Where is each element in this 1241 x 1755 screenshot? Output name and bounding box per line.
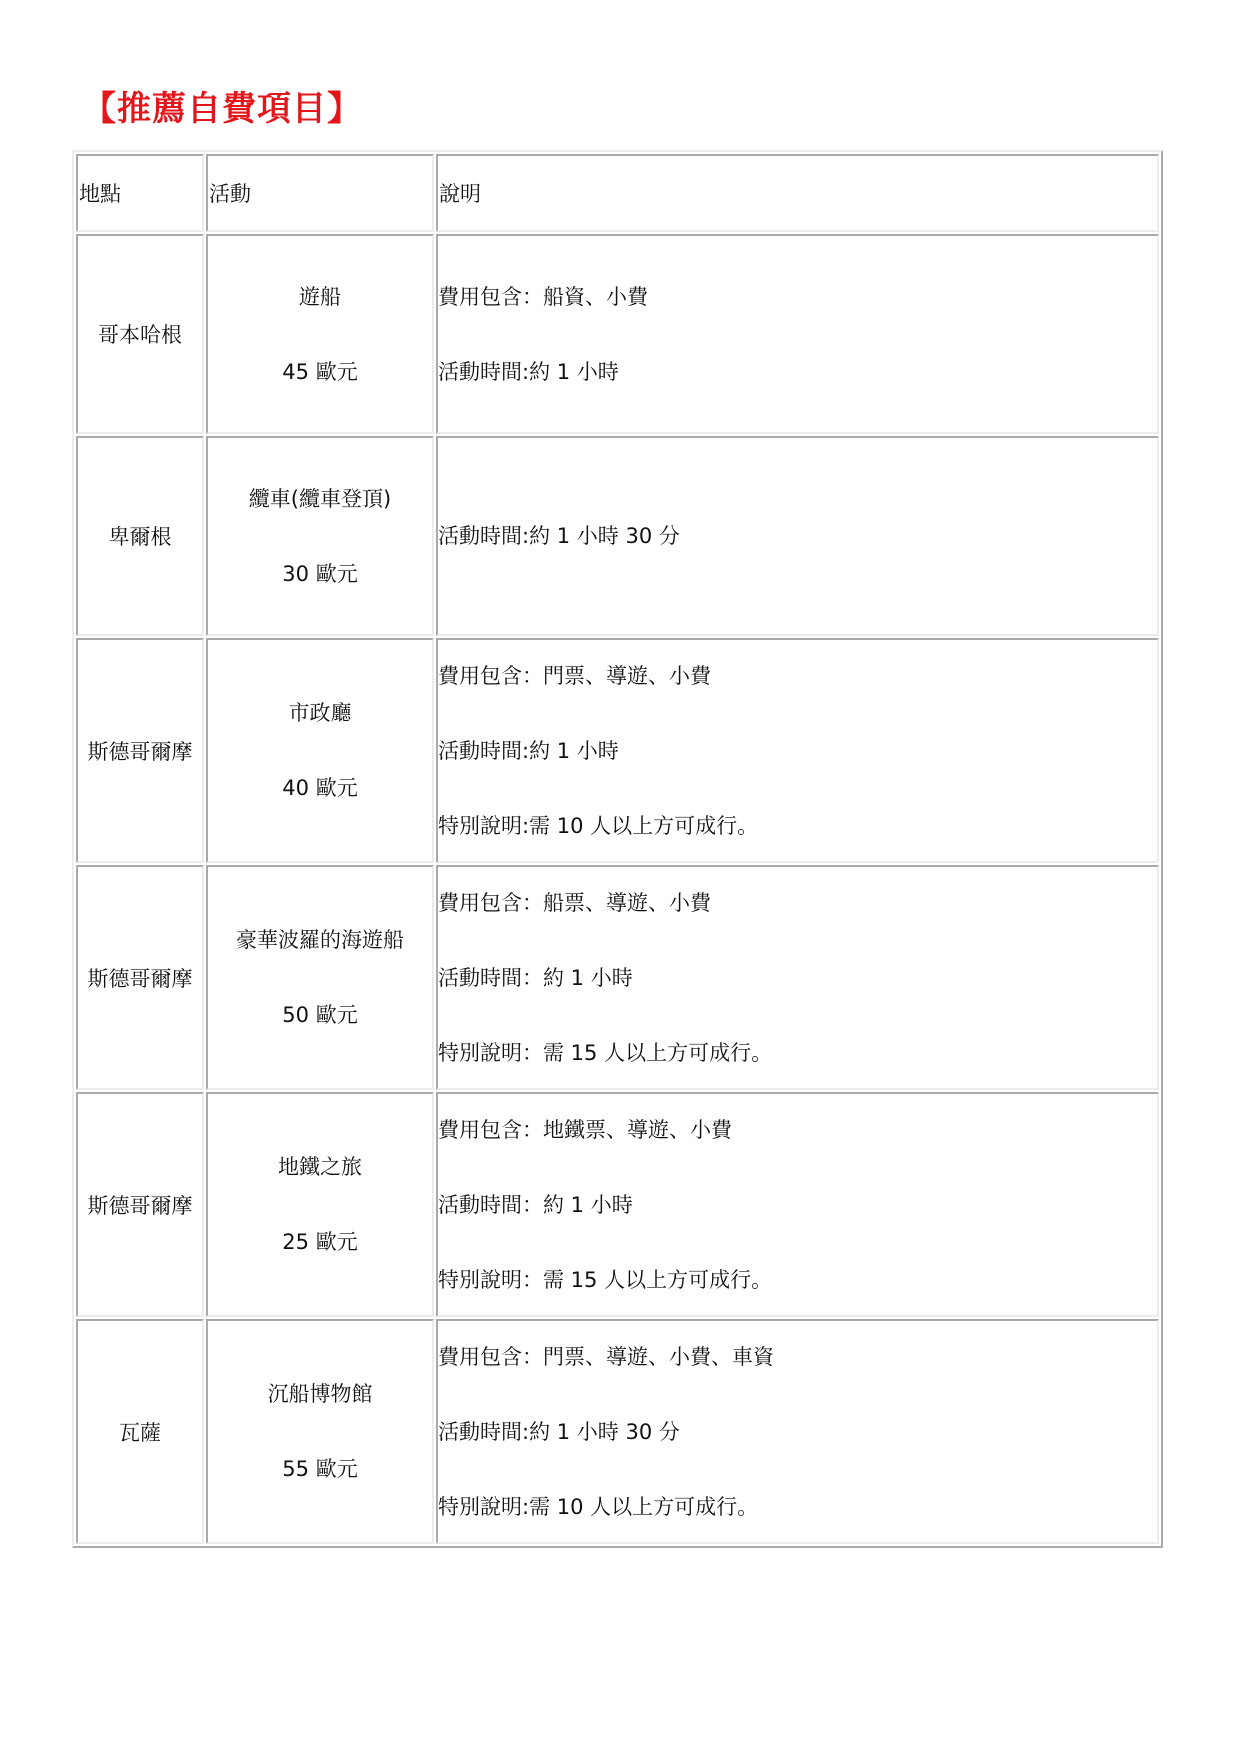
- description-cell: 活動時間:約 1 小時 30 分: [436, 436, 1159, 636]
- place-cell: 斯德哥爾摩: [76, 865, 204, 1090]
- fee-includes: 費用包含：門票、導遊、小費、車資: [438, 1342, 1157, 1372]
- fee-includes: 費用包含：門票、導遊、小費: [438, 661, 1157, 691]
- description-cell: 費用包含：船票、導遊、小費 活動時間：約 1 小時 特別說明：需 15 人以上方…: [436, 865, 1159, 1090]
- activity-name: 沉船博物館: [208, 1379, 432, 1409]
- activity-name: 市政廳: [208, 698, 432, 728]
- header-activity: 活動: [206, 154, 434, 232]
- duration: 活動時間:約 1 小時: [438, 736, 1157, 766]
- place-cell: 瓦薩: [76, 1319, 204, 1544]
- header-description: 說明: [436, 154, 1159, 232]
- description-cell: 費用包含：門票、導遊、小費 活動時間:約 1 小時 特別說明:需 10 人以上方…: [436, 638, 1159, 863]
- activity-cell: 豪華波羅的海遊船 50 歐元: [206, 865, 434, 1090]
- activity-price: 40 歐元: [208, 773, 432, 803]
- activity-cell: 遊船 45 歐元: [206, 234, 434, 434]
- activity-price: 30 歐元: [208, 559, 432, 589]
- table-row: 斯德哥爾摩 市政廳 40 歐元 費用包含：門票、導遊、小費 活動時間:約 1 小…: [76, 638, 1159, 863]
- table-row: 卑爾根 纜車(纜車登頂) 30 歐元 活動時間:約 1 小時 30 分: [76, 436, 1159, 636]
- activity-cell: 地鐵之旅 25 歐元: [206, 1092, 434, 1317]
- description-cell: 費用包含：船資、小費 活動時間:約 1 小時: [436, 234, 1159, 434]
- duration: 活動時間:約 1 小時 30 分: [438, 1417, 1157, 1447]
- activity-name: 地鐵之旅: [208, 1152, 432, 1182]
- activity-name: 豪華波羅的海遊船: [208, 925, 432, 955]
- special-note: 特別說明：需 15 人以上方可成行。: [438, 1265, 1157, 1295]
- activity-cell: 沉船博物館 55 歐元: [206, 1319, 434, 1544]
- table-row: 斯德哥爾摩 地鐵之旅 25 歐元 費用包含：地鐵票、導遊、小費 活動時間：約 1…: [76, 1092, 1159, 1317]
- table-row: 斯德哥爾摩 豪華波羅的海遊船 50 歐元 費用包含：船票、導遊、小費 活動時間：…: [76, 865, 1159, 1090]
- description-cell: 費用包含：門票、導遊、小費、車資 活動時間:約 1 小時 30 分 特別說明:需…: [436, 1319, 1159, 1544]
- place-cell: 哥本哈根: [76, 234, 204, 434]
- activity-price: 25 歐元: [208, 1227, 432, 1257]
- table-row: 哥本哈根 遊船 45 歐元 費用包含：船資、小費 活動時間:約 1 小時: [76, 234, 1159, 434]
- duration: 活動時間：約 1 小時: [438, 963, 1157, 993]
- activity-price: 45 歐元: [208, 357, 432, 387]
- optional-activities-table-frame: 地點 活動 說明 哥本哈根 遊船 45 歐元 費用包含：船資、小費 活動時間:約…: [72, 150, 1163, 1548]
- fee-includes: 費用包含：船票、導遊、小費: [438, 888, 1157, 918]
- activity-price: 50 歐元: [208, 1000, 432, 1030]
- place-cell: 斯德哥爾摩: [76, 1092, 204, 1317]
- fee-includes: 費用包含：地鐵票、導遊、小費: [438, 1115, 1157, 1145]
- special-note: 特別說明：需 15 人以上方可成行。: [438, 1038, 1157, 1068]
- activity-cell: 纜車(纜車登頂) 30 歐元: [206, 436, 434, 636]
- activity-price: 55 歐元: [208, 1454, 432, 1484]
- optional-activities-table: 地點 活動 說明 哥本哈根 遊船 45 歐元 費用包含：船資、小費 活動時間:約…: [74, 152, 1161, 1546]
- table-row: 瓦薩 沉船博物館 55 歐元 費用包含：門票、導遊、小費、車資 活動時間:約 1…: [76, 1319, 1159, 1544]
- header-place: 地點: [76, 154, 204, 232]
- fee-includes: 費用包含：船資、小費: [438, 282, 1157, 312]
- activity-name: 纜車(纜車登頂): [208, 484, 432, 514]
- special-note: 特別說明:需 10 人以上方可成行。: [438, 1492, 1157, 1522]
- table-header-row: 地點 活動 說明: [76, 154, 1159, 232]
- place-cell: 卑爾根: [76, 436, 204, 636]
- duration: 活動時間:約 1 小時: [438, 357, 1157, 387]
- duration: 活動時間:約 1 小時 30 分: [438, 521, 1157, 551]
- special-note: 特別說明:需 10 人以上方可成行。: [438, 811, 1157, 841]
- description-cell: 費用包含：地鐵票、導遊、小費 活動時間：約 1 小時 特別說明：需 15 人以上…: [436, 1092, 1159, 1317]
- duration: 活動時間：約 1 小時: [438, 1190, 1157, 1220]
- page-title: 【推薦自費項目】: [82, 86, 362, 132]
- activity-cell: 市政廳 40 歐元: [206, 638, 434, 863]
- activity-name: 遊船: [208, 282, 432, 312]
- place-cell: 斯德哥爾摩: [76, 638, 204, 863]
